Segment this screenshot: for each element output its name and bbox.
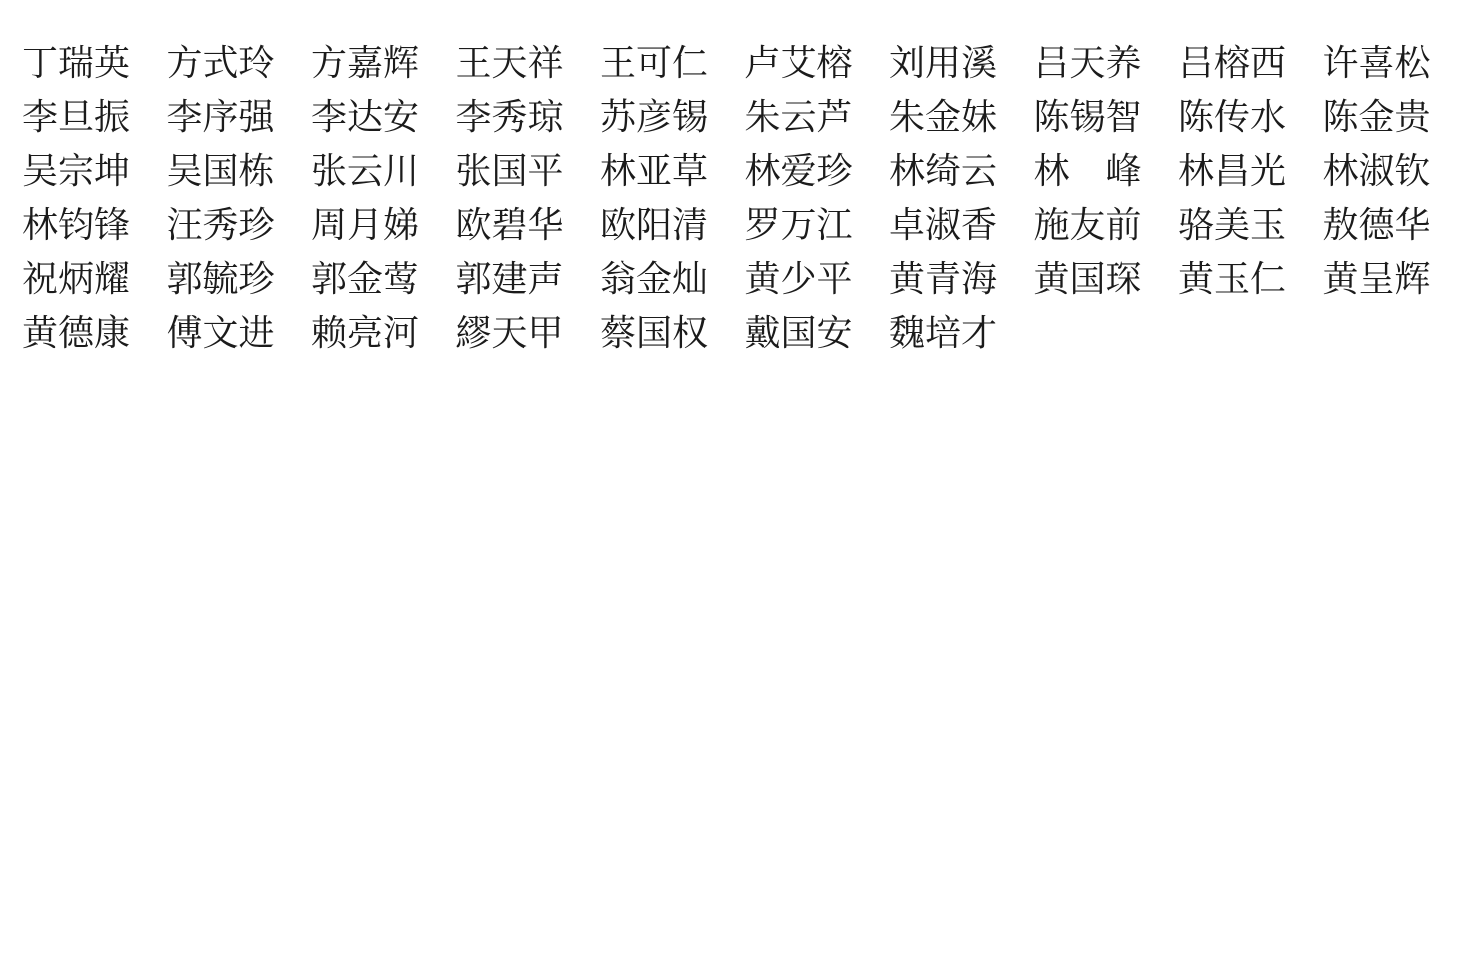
name-row: 丁瑞英方式玲方嘉辉王天祥王可仁卢艾榕刘用溪吕天养吕榕西许喜松 — [22, 36, 1464, 90]
person-name: 方嘉辉 — [311, 45, 419, 81]
person-name: 施友前 — [1034, 207, 1142, 243]
person-name: 黄青海 — [889, 261, 997, 297]
person-name: 敖德华 — [1323, 207, 1431, 243]
person-name: 卓淑香 — [889, 207, 997, 243]
person-name: 李达安 — [311, 99, 419, 135]
person-name: 吕榕西 — [1178, 45, 1286, 81]
name-row: 林钧锋汪秀珍周月娣欧碧华欧阳清罗万江卓淑香施友前骆美玉敖德华 — [22, 198, 1464, 252]
person-name: 魏培才 — [889, 315, 997, 351]
person-name: 林昌光 — [1178, 153, 1286, 189]
person-name: 陈金贵 — [1323, 99, 1431, 135]
person-name: 黄玉仁 — [1178, 261, 1286, 297]
person-name: 王可仁 — [600, 45, 708, 81]
person-name: 祝炳耀 — [22, 261, 130, 297]
person-name: 吴国栋 — [167, 153, 275, 189]
person-name: 林亚草 — [600, 153, 708, 189]
person-name: 傅文进 — [167, 315, 275, 351]
person-name: 苏彦锡 — [600, 99, 708, 135]
person-name: 陈锡智 — [1034, 99, 1142, 135]
person-name: 李旦振 — [22, 99, 130, 135]
person-name: 郭金莺 — [311, 261, 419, 297]
person-name: 郭建声 — [456, 261, 564, 297]
person-name: 刘用溪 — [889, 45, 997, 81]
person-name: 吴宗坤 — [22, 153, 130, 189]
person-name: 林淑钦 — [1323, 153, 1431, 189]
person-name: 欧阳清 — [600, 207, 708, 243]
document-page: 丁瑞英方式玲方嘉辉王天祥王可仁卢艾榕刘用溪吕天养吕榕西许喜松李旦振李序强李达安李… — [0, 0, 1464, 954]
person-name: 林绮云 — [889, 153, 997, 189]
name-row: 李旦振李序强李达安李秀琼苏彦锡朱云芦朱金妹陈锡智陈传水陈金贵 — [22, 90, 1464, 144]
person-name: 林爱珍 — [745, 153, 853, 189]
person-name: 王天祥 — [456, 45, 564, 81]
name-list: 丁瑞英方式玲方嘉辉王天祥王可仁卢艾榕刘用溪吕天养吕榕西许喜松李旦振李序强李达安李… — [0, 0, 1464, 360]
person-name: 翁金灿 — [600, 261, 708, 297]
person-name: 李序强 — [167, 99, 275, 135]
name-row: 黄德康傅文进赖亮河繆天甲蔡国权戴国安魏培才 — [22, 306, 1464, 360]
person-name: 丁瑞英 — [22, 45, 130, 81]
person-name: 林钧锋 — [22, 207, 130, 243]
person-name: 朱云芦 — [745, 99, 853, 135]
person-name: 方式玲 — [167, 45, 275, 81]
name-row: 祝炳耀郭毓珍郭金莺郭建声翁金灿黄少平黄青海黄国琛黄玉仁黄呈辉 — [22, 252, 1464, 306]
person-name: 汪秀珍 — [167, 207, 275, 243]
person-name: 蔡国权 — [600, 315, 708, 351]
person-name: 黄德康 — [22, 315, 130, 351]
person-name: 戴国安 — [745, 315, 853, 351]
person-name: 赖亮河 — [311, 315, 419, 351]
person-name: 李秀琼 — [456, 99, 564, 135]
person-name: 黄国琛 — [1034, 261, 1142, 297]
person-name: 骆美玉 — [1178, 207, 1286, 243]
person-name: 罗万江 — [745, 207, 853, 243]
person-name: 林 峰 — [1034, 153, 1142, 189]
name-row: 吴宗坤吴国栋张云川张国平林亚草林爱珍林绮云林 峰林昌光林淑钦 — [22, 144, 1464, 198]
person-name: 张国平 — [456, 153, 564, 189]
person-name: 朱金妹 — [889, 99, 997, 135]
person-name: 黄少平 — [745, 261, 853, 297]
person-name: 陈传水 — [1178, 99, 1286, 135]
person-name: 许喜松 — [1323, 45, 1431, 81]
person-name: 张云川 — [311, 153, 419, 189]
person-name: 繆天甲 — [456, 315, 564, 351]
person-name: 卢艾榕 — [745, 45, 853, 81]
person-name: 欧碧华 — [456, 207, 564, 243]
person-name: 周月娣 — [311, 207, 419, 243]
person-name: 黄呈辉 — [1323, 261, 1431, 297]
person-name: 郭毓珍 — [167, 261, 275, 297]
person-name: 吕天养 — [1034, 45, 1142, 81]
